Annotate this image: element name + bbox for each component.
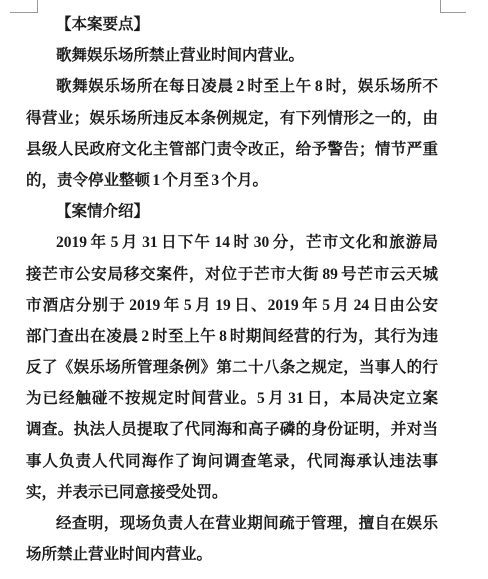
body-line: 事人负责人代同海作了询问调查笔录，代同海承认违法事 <box>26 446 438 477</box>
body-line: 接芒市公安局移交案件，对位于芒市大街 89 号芒市云天城 <box>26 259 438 290</box>
heading-case-key-points: 【本案要点】 <box>26 9 438 40</box>
body-line: 实，并表示已同意接受处罚。 <box>26 477 438 508</box>
body-line: 市酒店分别于 2019 年 5 月 19 日、2019 年 5 月 24 日由公… <box>26 290 438 321</box>
body-line: 场所禁止营业时间内营业。 <box>26 539 438 570</box>
body-line: 得营业；娱乐场所违反本条例规定，有下列情形之一的，由 <box>26 103 438 134</box>
body-line: 经查明，现场负责人在营业期间疏于管理，擅自在娱乐 <box>26 508 438 539</box>
body-line: 歌舞娱乐场所在每日凌晨 2 时至上午 8 时，娱乐场所不 <box>26 71 438 102</box>
body-line: 县级人民政府文化主管部门责令改正，给予警告；情节严重 <box>26 134 438 165</box>
body-line: 的，责令停业整顿 1 个月至 3 个月。 <box>26 165 438 196</box>
document-page: 【本案要点】 歌舞娱乐场所禁止营业时间内营业。 歌舞娱乐场所在每日凌晨 2 时至… <box>0 0 488 579</box>
document-content: 【本案要点】 歌舞娱乐场所禁止营业时间内营业。 歌舞娱乐场所在每日凌晨 2 时至… <box>26 9 438 570</box>
body-line: 歌舞娱乐场所禁止营业时间内营业。 <box>26 40 438 71</box>
body-line: 部门查出在凌晨 2 时至上午 8 时期间经营的行为，其行为违 <box>26 321 438 352</box>
heading-case-introduction: 【案情介绍】 <box>26 196 438 227</box>
body-line: 调查。执法人员提取了代同海和高子磷的身份证明，并对当 <box>26 414 438 445</box>
body-line: 反了《娱乐场所管理条例》第二十八条之规定，当事人的行 <box>26 352 438 383</box>
body-line: 2019 年 5 月 31 日下午 14 时 30 分，芒市文化和旅游局 <box>26 227 438 258</box>
body-line: 为已经触碰不按规定时间营业。5 月 31 日，本局决定立案 <box>26 383 438 414</box>
text-boundary-mark-top-right-horizontal <box>440 12 466 13</box>
